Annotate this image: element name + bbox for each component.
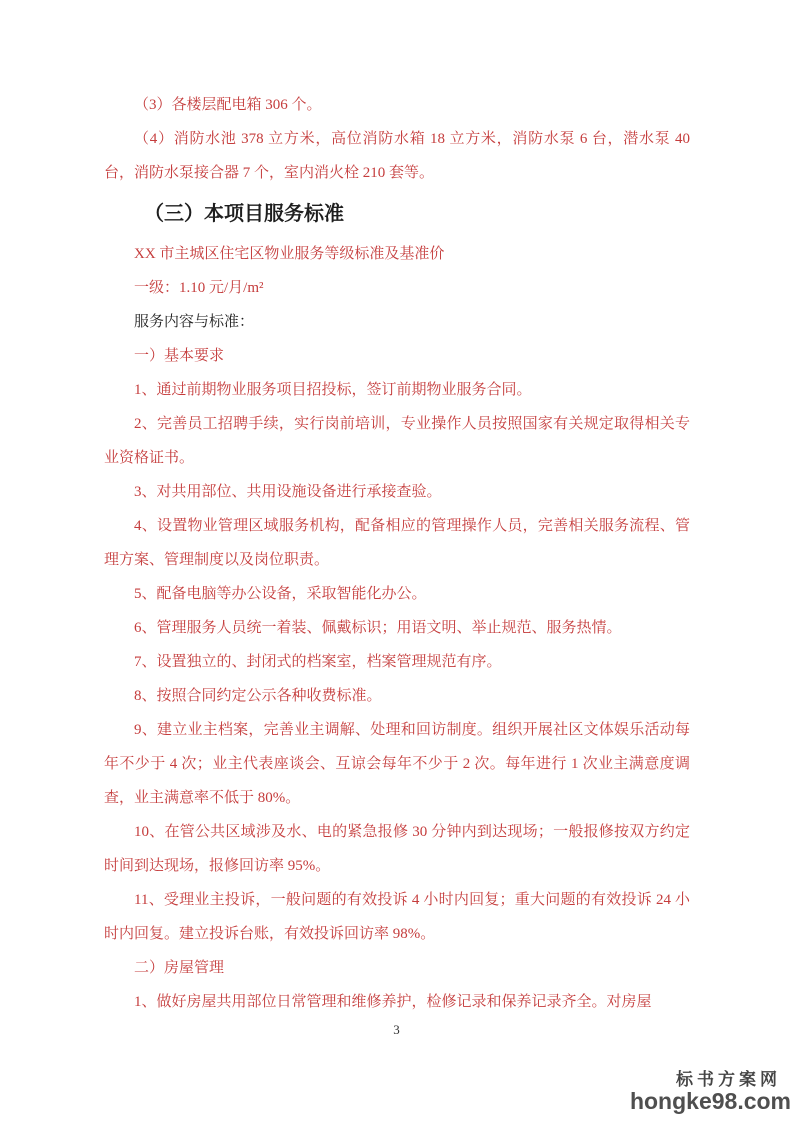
subsection-house-management: 二）房屋管理 [104, 951, 690, 985]
section-heading-service-standard: （三）本项目服务标准 [104, 194, 690, 234]
paragraph-item-3-floors: （3）各楼层配电箱 306 个。 [104, 88, 690, 122]
list-item-3: 3、对共用部位、共用设施设备进行承接查验。 [104, 475, 690, 509]
watermark-site-url: hongke98.com [630, 1089, 791, 1113]
list-item-8: 8、按照合同约定公示各种收费标准。 [104, 679, 690, 713]
page-number: 3 [0, 1022, 793, 1038]
list-item-6: 6、管理服务人员统一着装、佩戴标识；用语文明、举止规范、服务热情。 [104, 611, 690, 645]
paragraph-item-4-fire-facilities: （4）消防水池 378 立方米，高位消防水箱 18 立方米，消防水泵 6 台，潜… [104, 122, 690, 190]
list-item-9: 9、建立业主档案，完善业主调解、处理和回访制度。组织开展社区文体娱乐活动每年不少… [104, 713, 690, 815]
list-item-1: 1、通过前期物业服务项目招投标，签订前期物业服务合同。 [104, 373, 690, 407]
paragraph-grade-standard-title: XX 市主城区住宅区物业服务等级标准及基准价 [104, 237, 690, 271]
paragraph-house-item-1: 1、做好房屋共用部位日常管理和维修养护，检修记录和保养记录齐全。对房屋 [104, 985, 690, 1019]
list-item-11: 11、受理业主投诉，一般问题的有效投诉 4 小时内回复；重大问题的有效投诉 24… [104, 883, 690, 951]
list-item-2: 2、完善员工招聘手续，实行岗前培训，专业操作人员按照国家有关规定取得相关专业资格… [104, 407, 690, 475]
watermark: 标书方案网 hongke98.com [630, 1071, 791, 1113]
subsection-basic-requirements: 一）基本要求 [104, 339, 690, 373]
document-page: （3）各楼层配电箱 306 个。 （4）消防水池 378 立方米，高位消防水箱 … [0, 0, 793, 1122]
list-item-5: 5、配备电脑等办公设备，采取智能化办公。 [104, 577, 690, 611]
list-item-10: 10、在管公共区域涉及水、电的紧急报修 30 分钟内到达现场；一般报修按双方约定… [104, 815, 690, 883]
list-item-4: 4、设置物业管理区域服务机构，配备相应的管理操作人员，完善相关服务流程、管理方案… [104, 509, 690, 577]
paragraph-grade-price: 一级：1.10 元/月/m² [104, 271, 690, 305]
watermark-site-name: 标书方案网 [630, 1071, 781, 1089]
document-body: （3）各楼层配电箱 306 个。 （4）消防水池 378 立方米，高位消防水箱 … [104, 88, 690, 1019]
paragraph-service-content-label: 服务内容与标准： [104, 305, 690, 339]
list-item-7: 7、设置独立的、封闭式的档案室，档案管理规范有序。 [104, 645, 690, 679]
